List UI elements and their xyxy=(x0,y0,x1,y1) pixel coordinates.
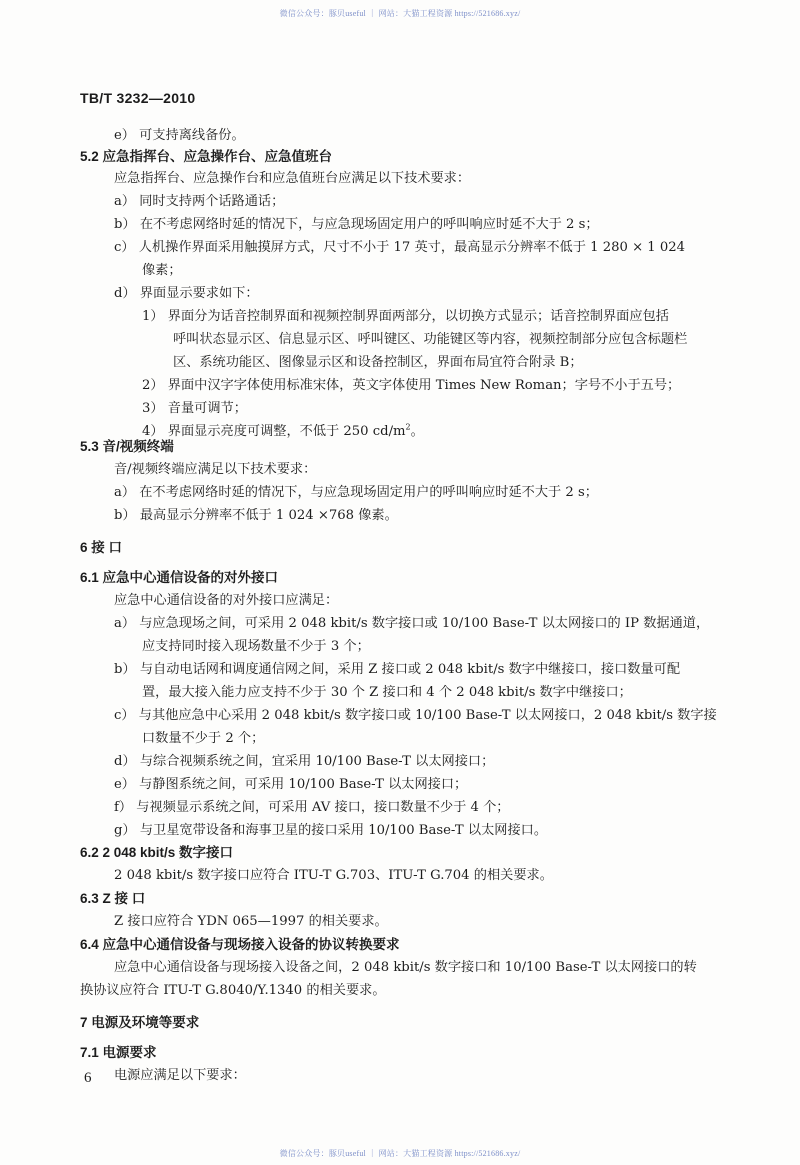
paragraph-line: Z 接口应符合 YDN 065—1997 的相关要求。 xyxy=(114,913,388,931)
line-text: b） 最高显示分辨率不低于 1 024 ×768 像素。 xyxy=(114,508,398,523)
list-item: 1） 界面分为话音控制界面和视频控制界面两部分，以切换方式显示；话音控制界面应包… xyxy=(142,308,669,326)
line-text: 应急中心通信设备与现场接入设备之间，2 048 kbit/s 数字接口和 10/… xyxy=(114,960,697,975)
list-item: e） 与静图系统之间，可采用 10/100 Base-T 以太网接口； xyxy=(114,776,467,794)
section-heading: 6.3 Z 接 口 xyxy=(80,890,145,908)
paragraph-line: 区、系统功能区、图像显示区和设备控制区，界面布局宜符合附录 B； xyxy=(173,354,583,372)
standard-code-header: TB/T 3232—2010 xyxy=(80,90,195,106)
paragraph-line: 电源应满足以下要求： xyxy=(114,1067,246,1085)
line-text: a） 同时支持两个话路通话； xyxy=(114,194,284,209)
paragraph-line: 应急指挥台、应急操作台和应急值班台应满足以下技术要求： xyxy=(114,170,470,188)
line-text: e） 可支持离线备份。 xyxy=(114,128,245,143)
line-text: 像素； xyxy=(142,263,182,278)
line-text: 置，最大接入能力应支持不少于 30 个 Z 接口和 4 个 2 048 kbit… xyxy=(142,685,632,700)
paragraph-line: 应急中心通信设备与现场接入设备之间，2 048 kbit/s 数字接口和 10/… xyxy=(114,959,697,977)
list-item: c） 人机操作界面采用触摸屏方式，尺寸不小于 17 英寸，最高显示分辨率不低于 … xyxy=(114,239,685,257)
section-heading: 7 电源及环境等要求 xyxy=(80,1014,199,1032)
line-text: 1） 界面分为话音控制界面和视频控制界面两部分，以切换方式显示；话音控制界面应包… xyxy=(142,309,669,324)
line-text: d） 界面显示要求如下： xyxy=(114,286,259,301)
line-text: 5.2 应急指挥台、应急操作台、应急值班台 xyxy=(80,149,332,164)
list-item: b） 与自动电话网和调度通信网之间，采用 Z 接口或 2 048 kbit/s … xyxy=(114,661,680,679)
line-text: 口数量不少于 2 个； xyxy=(142,731,264,746)
list-item: a） 与应急现场之间，可采用 2 048 kbit/s 数字接口或 10/100… xyxy=(114,615,709,633)
line-text: 换协议应符合 ITU-T G.8040/Y.1340 的相关要求。 xyxy=(80,983,386,998)
line-text: 6.2 2 048 kbit/s 数字接口 xyxy=(80,845,233,860)
watermark-top: 微信公众号：豚贝useful ｜ 网站：大猫工程资源 https://52168… xyxy=(0,8,800,19)
line-text: e） 与静图系统之间，可采用 10/100 Base-T 以太网接口； xyxy=(114,777,467,792)
line-text: d） 与综合视频系统之间，宜采用 10/100 Base-T 以太网接口； xyxy=(114,754,494,769)
list-item: e） 可支持离线备份。 xyxy=(114,127,245,145)
line-text: 应急中心通信设备的对外接口应满足： xyxy=(114,593,338,608)
section-heading: 5.2 应急指挥台、应急操作台、应急值班台 xyxy=(80,148,332,166)
line-text: 2 048 kbit/s 数字接口应符合 ITU-T G.703、ITU-T G… xyxy=(114,868,553,883)
line-text: 3） 音量可调节； xyxy=(142,401,247,416)
list-item: d） 与综合视频系统之间，宜采用 10/100 Base-T 以太网接口； xyxy=(114,753,494,771)
section-heading: 7.1 电源要求 xyxy=(80,1044,157,1062)
section-heading: 6 接 口 xyxy=(80,539,122,557)
line-text: 区、系统功能区、图像显示区和设备控制区，界面布局宜符合附录 B； xyxy=(173,355,583,370)
list-item: f） 与视频显示系统之间，可采用 AV 接口，接口数量不少于 4 个； xyxy=(114,799,510,817)
line-text: 6.3 Z 接 口 xyxy=(80,891,145,906)
section-heading: 6.2 2 048 kbit/s 数字接口 xyxy=(80,844,233,862)
paragraph-line: 应支持同时接入现场数量不少于 3 个； xyxy=(142,638,370,656)
line-text: Z 接口应符合 YDN 065—1997 的相关要求。 xyxy=(114,914,388,929)
section-heading: 5.3 音/视频终端 xyxy=(80,438,174,456)
line-text: 4） 界面显示亮度可调整，不低于 250 cd/m xyxy=(142,424,406,439)
page-number: 6 xyxy=(84,1070,92,1087)
line-text: 应急指挥台、应急操作台和应急值班台应满足以下技术要求： xyxy=(114,171,470,186)
section-heading: 6.1 应急中心通信设备的对外接口 xyxy=(80,569,278,587)
list-item: a） 在不考虑网络时延的情况下，与应急现场固定用户的呼叫响应时延不大于 2 s； xyxy=(114,484,598,502)
paragraph-line: 应急中心通信设备的对外接口应满足： xyxy=(114,592,338,610)
watermark-bottom: 微信公众号：豚贝useful ｜ 网站：大猫工程资源 https://52168… xyxy=(0,1148,800,1159)
list-item: 4） 界面显示亮度可调整，不低于 250 cd/m2。 xyxy=(142,423,424,441)
line-text: a） 在不考虑网络时延的情况下，与应急现场固定用户的呼叫响应时延不大于 2 s； xyxy=(114,485,598,500)
list-item: b） 最高显示分辨率不低于 1 024 ×768 像素。 xyxy=(114,507,398,525)
line-text: 7.1 电源要求 xyxy=(80,1045,157,1060)
line-text: g） 与卫星宽带设备和海事卫星的接口采用 10/100 Base-T 以太网接口… xyxy=(114,823,547,838)
line-tail: 。 xyxy=(411,424,424,439)
list-item: g） 与卫星宽带设备和海事卫星的接口采用 10/100 Base-T 以太网接口… xyxy=(114,822,547,840)
list-item: 3） 音量可调节； xyxy=(142,400,247,418)
line-text: c） 人机操作界面采用触摸屏方式，尺寸不小于 17 英寸，最高显示分辨率不低于 … xyxy=(114,240,685,255)
line-text: b） 在不考虑网络时延的情况下，与应急现场固定用户的呼叫响应时延不大于 2 s； xyxy=(114,217,599,232)
paragraph-line: 音/视频终端应满足以下技术要求： xyxy=(114,461,316,479)
section-heading: 6.4 应急中心通信设备与现场接入设备的协议转换要求 xyxy=(80,936,400,954)
paragraph-line: 像素； xyxy=(142,262,182,280)
line-text: c） 与其他应急中心采用 2 048 kbit/s 数字接口或 10/100 B… xyxy=(114,708,717,723)
line-text: 2） 界面中汉字字体使用标准宋体，英文字体使用 Times New Roman；… xyxy=(142,378,680,393)
line-text: 呼叫状态显示区、信息显示区、呼叫键区、功能键区等内容，视频控制部分应包含标题栏 xyxy=(173,332,687,347)
list-item: 2） 界面中汉字字体使用标准宋体，英文字体使用 Times New Roman；… xyxy=(142,377,680,395)
paragraph-line: 呼叫状态显示区、信息显示区、呼叫键区、功能键区等内容，视频控制部分应包含标题栏 xyxy=(173,331,687,349)
line-text: 6.4 应急中心通信设备与现场接入设备的协议转换要求 xyxy=(80,937,400,952)
paragraph-line: 2 048 kbit/s 数字接口应符合 ITU-T G.703、ITU-T G… xyxy=(114,867,553,885)
line-text: b） 与自动电话网和调度通信网之间，采用 Z 接口或 2 048 kbit/s … xyxy=(114,662,680,677)
paragraph-line: 置，最大接入能力应支持不少于 30 个 Z 接口和 4 个 2 048 kbit… xyxy=(142,684,632,702)
line-text: a） 与应急现场之间，可采用 2 048 kbit/s 数字接口或 10/100… xyxy=(114,616,709,631)
line-text: 应支持同时接入现场数量不少于 3 个； xyxy=(142,639,370,654)
line-text: 5.3 音/视频终端 xyxy=(80,439,174,454)
line-text: 6 接 口 xyxy=(80,540,122,555)
paragraph-line: 口数量不少于 2 个； xyxy=(142,730,264,748)
line-text: 6.1 应急中心通信设备的对外接口 xyxy=(80,570,278,585)
line-text: f） 与视频显示系统之间，可采用 AV 接口，接口数量不少于 4 个； xyxy=(114,800,510,815)
line-text: 7 电源及环境等要求 xyxy=(80,1015,199,1030)
list-item: c） 与其他应急中心采用 2 048 kbit/s 数字接口或 10/100 B… xyxy=(114,707,717,725)
list-item: b） 在不考虑网络时延的情况下，与应急现场固定用户的呼叫响应时延不大于 2 s； xyxy=(114,216,599,234)
line-text: 音/视频终端应满足以下技术要求： xyxy=(114,462,316,477)
list-item: a） 同时支持两个话路通话； xyxy=(114,193,284,211)
paragraph-line: 换协议应符合 ITU-T G.8040/Y.1340 的相关要求。 xyxy=(80,982,386,1000)
line-text: 电源应满足以下要求： xyxy=(114,1068,246,1083)
list-item: d） 界面显示要求如下： xyxy=(114,285,259,303)
